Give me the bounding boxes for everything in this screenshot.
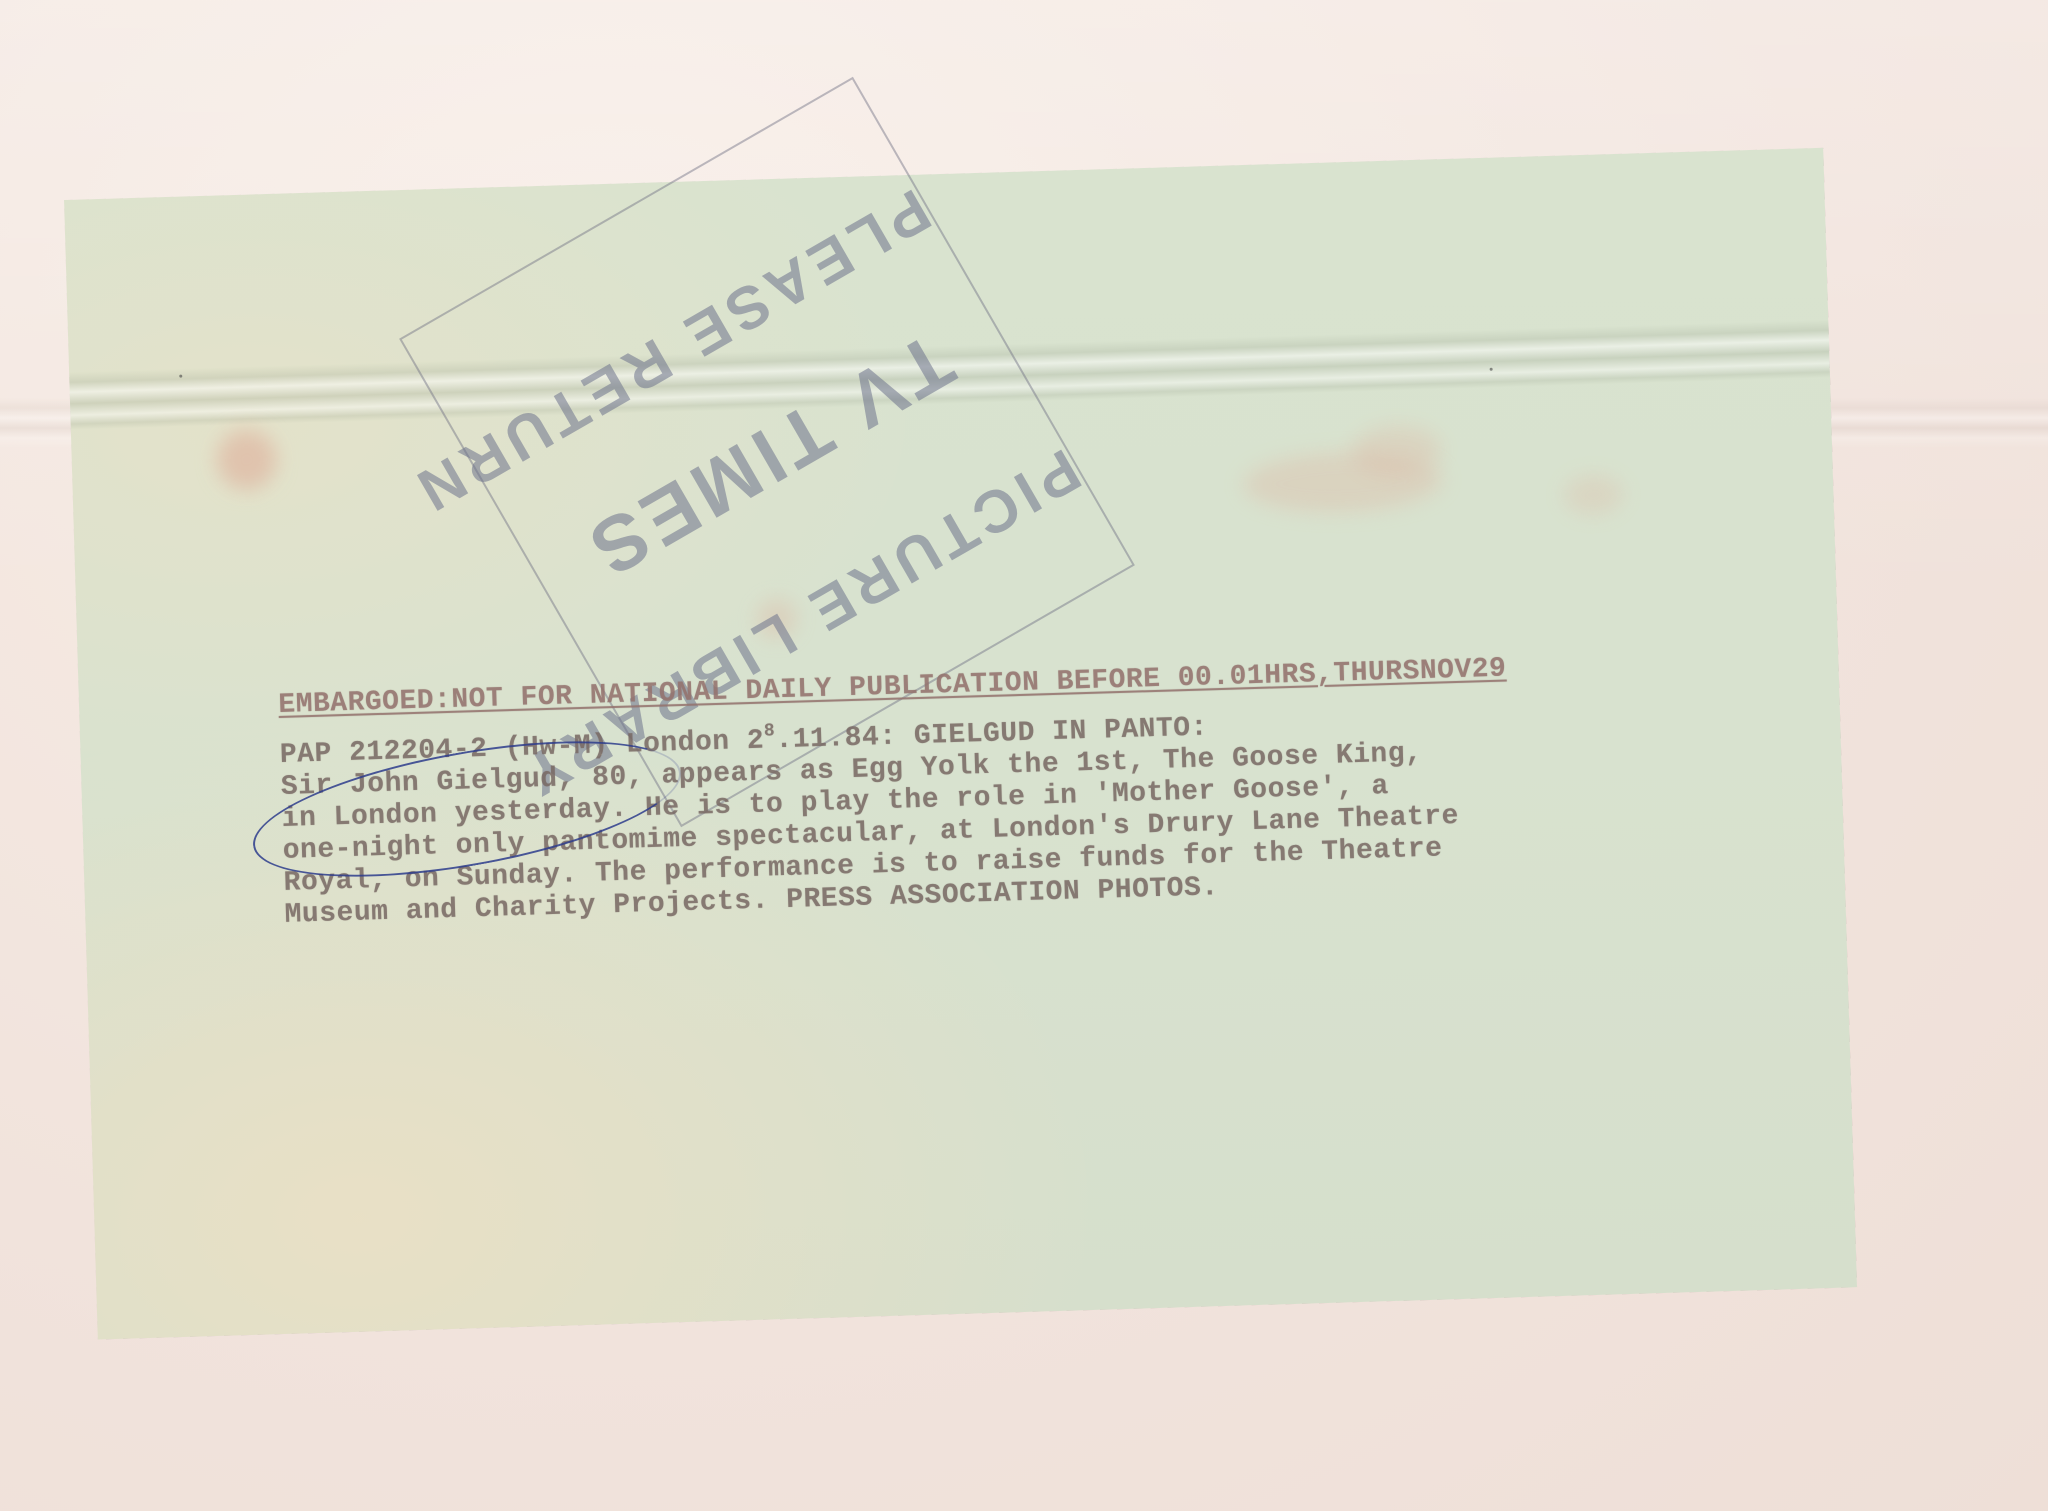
stain-center-3 <box>1563 474 1624 516</box>
speck <box>1490 368 1493 371</box>
stain-left <box>216 429 278 491</box>
speck <box>179 375 182 378</box>
typewritten-caption: EMBARGOED:NOT FOR NATIONAL DAILY PUBLICA… <box>278 644 1825 932</box>
caption-date-superscript: 8 <box>764 721 776 741</box>
